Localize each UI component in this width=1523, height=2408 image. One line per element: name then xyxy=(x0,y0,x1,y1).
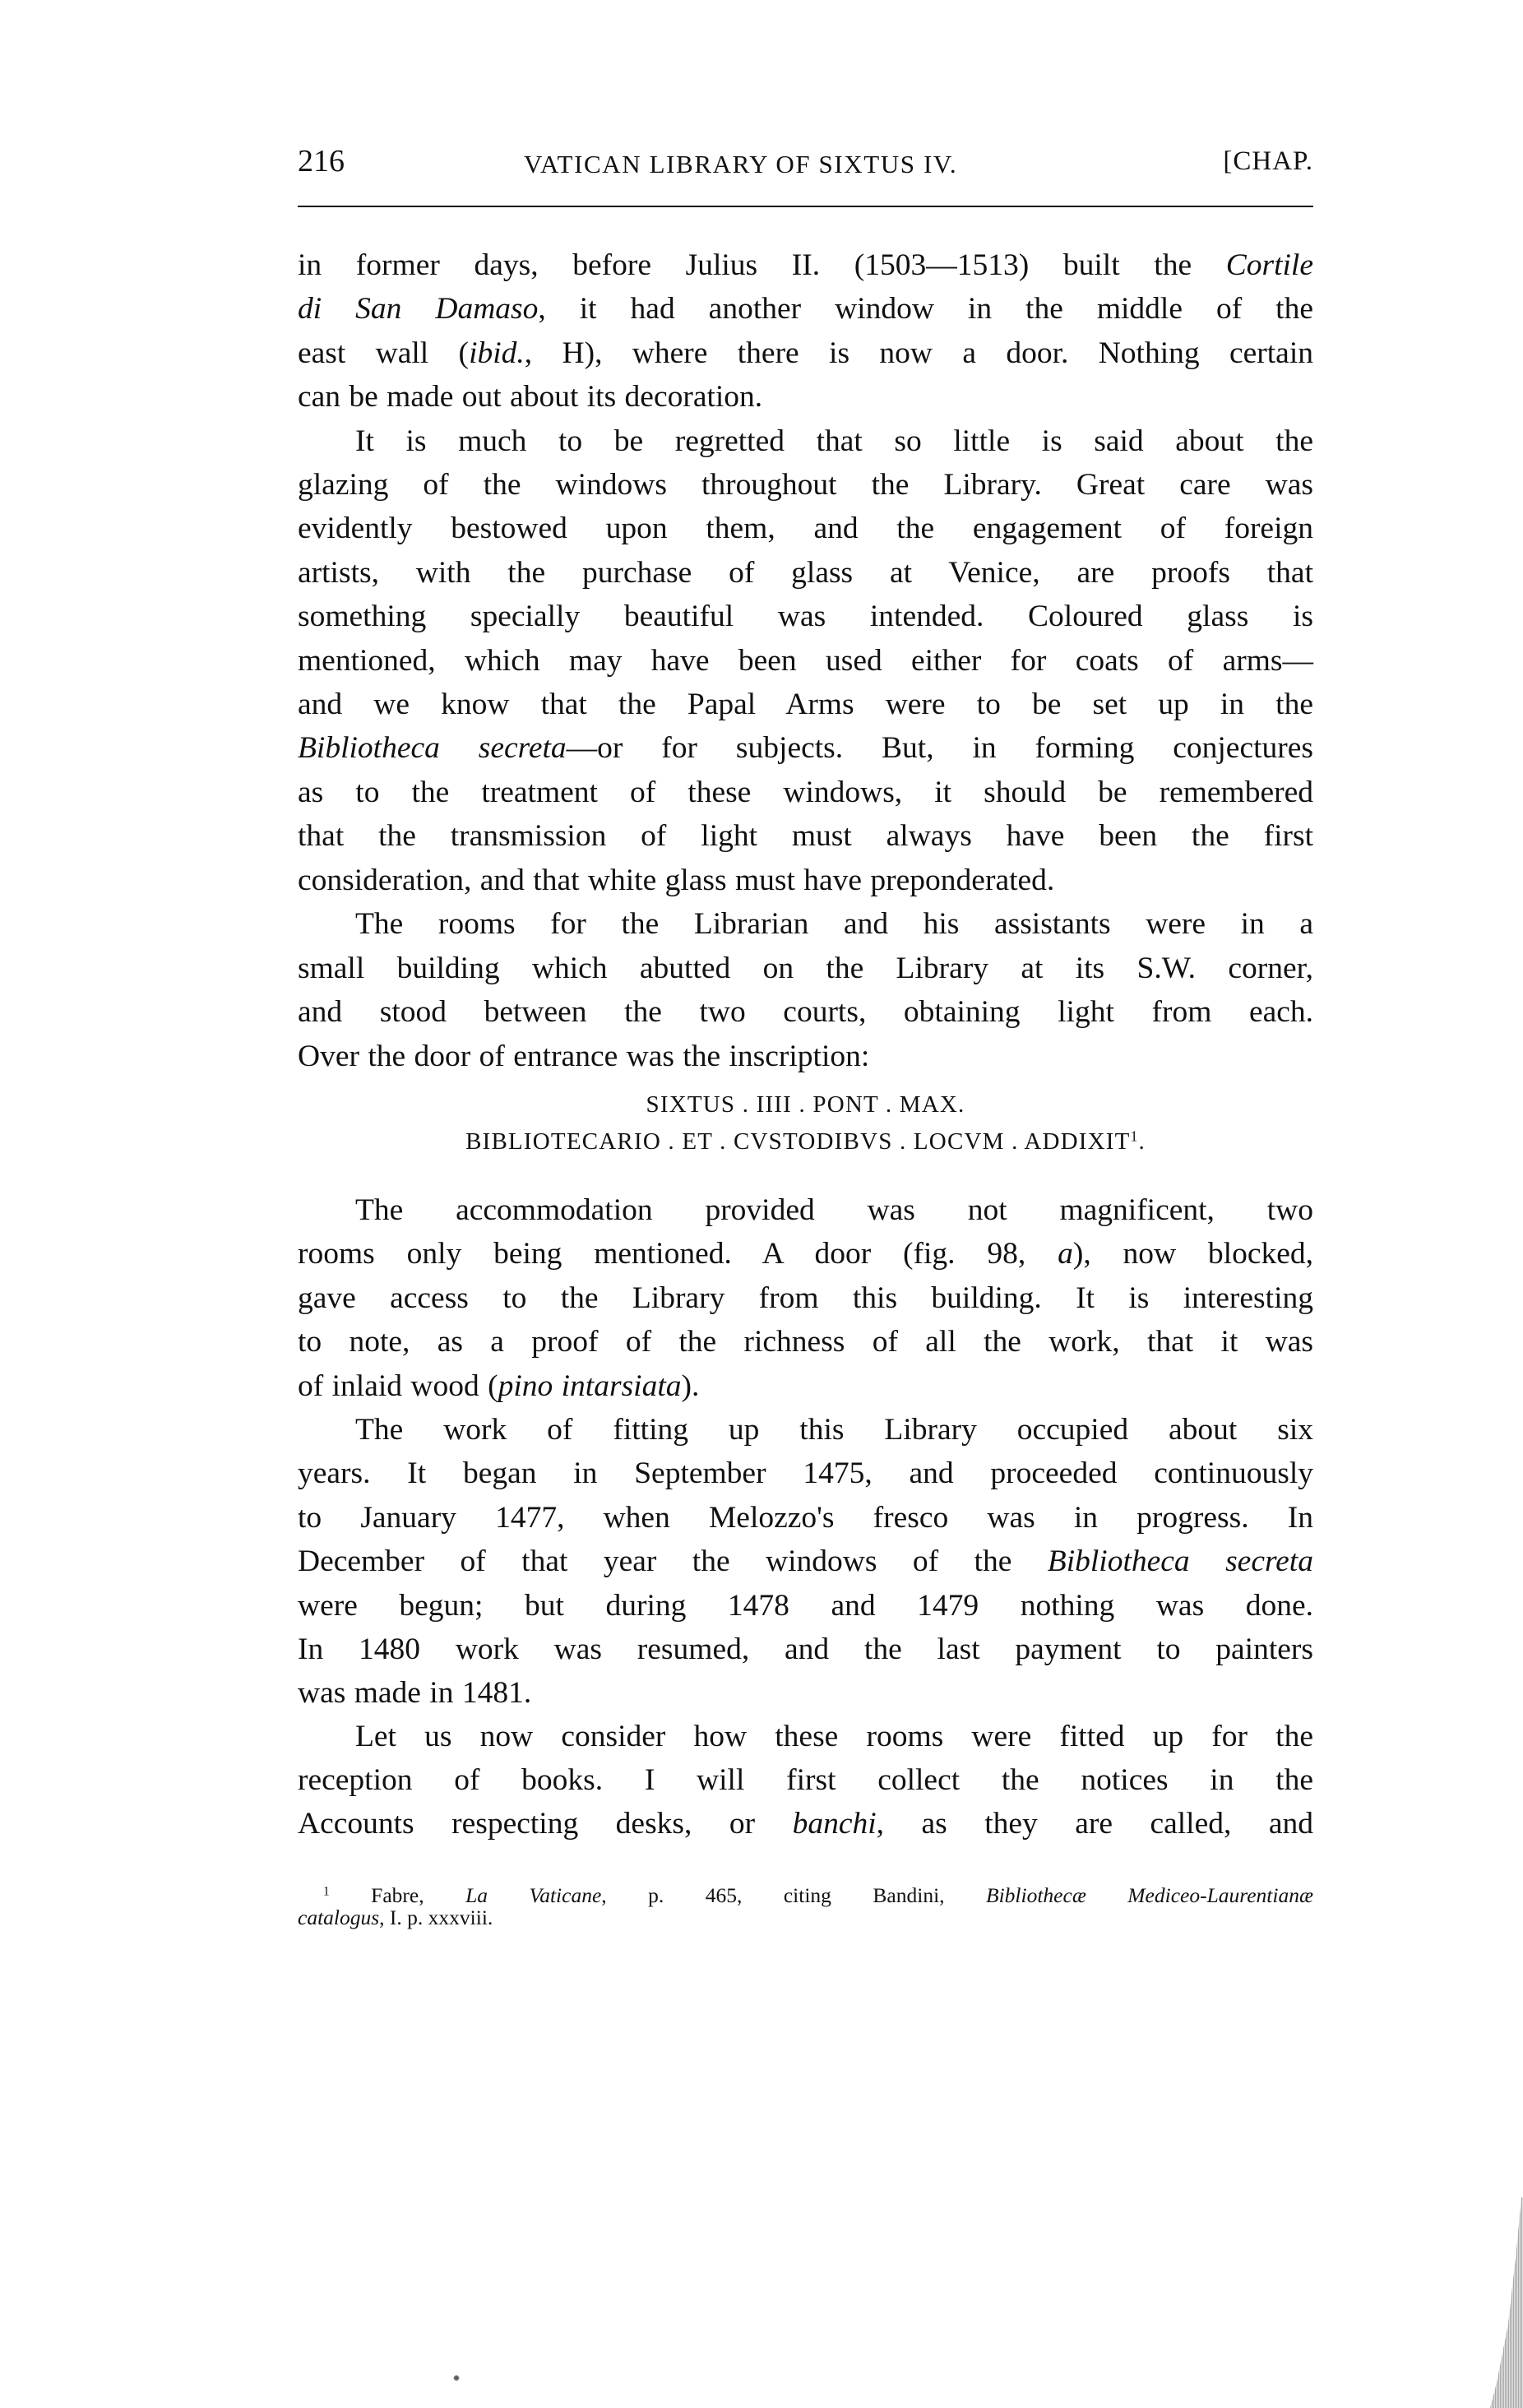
inscription-line-1: SIXTUS . IIII . PONT . MAX. xyxy=(298,1088,1313,1121)
body-line: were begun; but during 1478 and 1479 not… xyxy=(298,1584,1313,1628)
body-line: and we know that the Papal Arms were to … xyxy=(298,683,1313,727)
body-line: to note, as a proof of the richness of a… xyxy=(298,1320,1313,1364)
italic-run: ibid. xyxy=(469,336,525,370)
running-title: VATICAN LIBRARY OF SIXTUS IV. xyxy=(524,148,957,181)
body-line: di San Damaso, it had another window in … xyxy=(298,287,1313,331)
body-line: small building which abutted on the Libr… xyxy=(298,947,1313,991)
text-run: . xyxy=(1138,1128,1145,1155)
body-line: was made in 1481. xyxy=(298,1671,1313,1716)
italic-run: catalogus xyxy=(298,1906,379,1929)
body-line: that the transmission of light must alwa… xyxy=(298,814,1313,859)
body-line: can be made out about its decoration. xyxy=(298,375,1313,419)
text-run: rooms only being mentioned. A door (fig.… xyxy=(298,1237,1058,1271)
body-line: something specially beautiful was intend… xyxy=(298,595,1313,639)
body-line: to January 1477, when Melozzo's fresco w… xyxy=(298,1496,1313,1540)
body-line: Accounts respecting desks, or banchi, as… xyxy=(298,1802,1313,1846)
running-head: 216 VATICAN LIBRARY OF SIXTUS IV. [CHAP. xyxy=(298,143,1313,179)
header-rule xyxy=(298,206,1313,207)
text-run: east wall ( xyxy=(298,336,469,370)
footnote-line: catalogus, I. p. xxxviii. xyxy=(298,1906,1313,1929)
book-page: 216 VATICAN LIBRARY OF SIXTUS IV. [CHAP.… xyxy=(0,0,1523,2408)
scan-speck xyxy=(453,2375,460,2381)
text-run: ), now blocked, xyxy=(1073,1237,1313,1271)
footnote: 1 Fabre, La Vaticane, p. 465, citing Ban… xyxy=(323,1884,1313,1907)
text-run: of inlaid wood ( xyxy=(298,1369,498,1403)
text-run: Accounts respecting desks, or xyxy=(298,1807,793,1841)
italic-run: Bibliothecæ Mediceo-Laurentianæ xyxy=(986,1883,1313,1907)
body-line: gave access to the Library from this bui… xyxy=(298,1276,1313,1321)
body-line: consideration, and that white glass must… xyxy=(298,859,1313,903)
inscription-line-2: BIBLIOTECARIO . ET . CVSTODIBVS . LOCVM … xyxy=(298,1125,1313,1158)
text-run: , it had another window in the middle of… xyxy=(538,292,1313,326)
text-run: , H), where there is now a door. Nothing… xyxy=(525,336,1313,370)
body-line: reception of books. I will first collect… xyxy=(298,1758,1313,1803)
text-run: , I. p. xxxviii. xyxy=(379,1906,493,1929)
body-line: of inlaid wood (pino intarsiata). xyxy=(298,1364,1313,1409)
text-run: —or for subjects. But, in forming conjec… xyxy=(567,731,1313,765)
italic-run: a xyxy=(1058,1237,1073,1271)
body-line: as to the treatment of these windows, it… xyxy=(298,771,1313,815)
body-line: Bibliotheca secreta—or for subjects. But… xyxy=(298,726,1313,771)
body-line: glazing of the windows throughout the Li… xyxy=(298,463,1313,507)
text-run: Fabre, xyxy=(330,1883,465,1907)
paragraph-first-line: The rooms for the Librarian and his assi… xyxy=(355,902,1313,947)
body-line: and stood between the two courts, obtain… xyxy=(298,990,1313,1035)
italic-run: banchi xyxy=(793,1807,877,1841)
italic-run: pino intarsiata xyxy=(498,1369,682,1403)
text-run: December of that year the windows of the xyxy=(298,1544,1048,1578)
footnote-marker: 1 xyxy=(323,1885,330,1899)
body-line: mentioned, which may have been used eith… xyxy=(298,639,1313,683)
body-line: artists, with the purchase of glass at V… xyxy=(298,551,1313,595)
italic-run: Bibliotheca secreta xyxy=(298,731,567,765)
text-run: in former days, before Julius II. (1503—… xyxy=(298,248,1226,282)
page-number: 216 xyxy=(298,143,345,179)
text-run: , as they are called, and xyxy=(877,1807,1313,1841)
body-line: rooms only being mentioned. A door (fig.… xyxy=(298,1232,1313,1276)
body-line: east wall (ibid., H), where there is now… xyxy=(298,331,1313,376)
italic-run: Cortile xyxy=(1226,248,1313,282)
italic-run: La Vaticane xyxy=(465,1883,601,1907)
body-line: In 1480 work was resumed, and the last p… xyxy=(298,1628,1313,1672)
body-line: in former days, before Julius II. (1503—… xyxy=(298,243,1313,288)
text-run: , p. 465, citing Bandini, xyxy=(601,1883,986,1907)
italic-run: di San Damaso xyxy=(298,292,538,326)
paragraph-first-line: It is much to be regretted that so littl… xyxy=(355,419,1313,464)
body-line: December of that year the windows of the… xyxy=(298,1540,1313,1584)
paragraph-first-line: Let us now consider how these rooms were… xyxy=(355,1715,1313,1759)
paragraph-first-line: The work of fitting up this Library occu… xyxy=(355,1408,1313,1452)
body-line: evidently bestowed upon them, and the en… xyxy=(298,507,1313,551)
body-line: Over the door of entrance was the inscri… xyxy=(298,1035,1313,1079)
paragraph-first-line: The accommodation provided was not magni… xyxy=(355,1188,1313,1233)
page-edge-shadow xyxy=(1490,2197,1523,2408)
text-run: BIBLIOTECARIO . ET . CVSTODIBVS . LOCVM … xyxy=(465,1128,1131,1155)
italic-run: Bibliotheca secreta xyxy=(1048,1544,1313,1578)
body-line: years. It began in September 1475, and p… xyxy=(298,1452,1313,1496)
chapter-marker: [CHAP. xyxy=(1223,145,1313,178)
text-run: ). xyxy=(682,1369,700,1403)
footnote-ref[interactable]: 1 xyxy=(1131,1128,1139,1144)
